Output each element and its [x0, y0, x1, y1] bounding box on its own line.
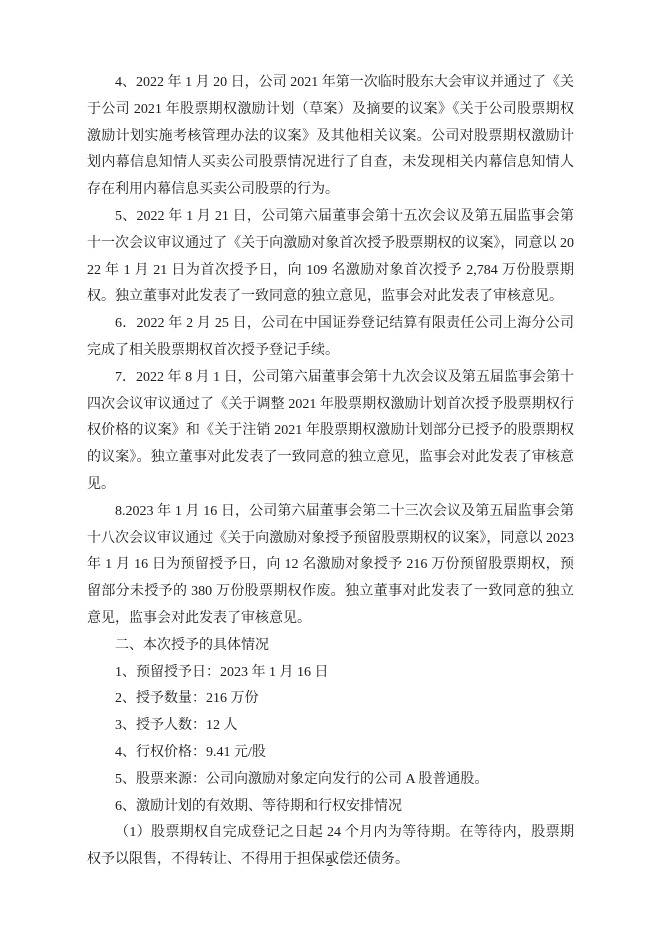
paragraph-history-item-5: 5、2022 年 1 月 21 日，公司第六届董事会第十五次会议及第五届监事会第… — [87, 204, 574, 311]
list-item-grant-headcount: 3、授予人数：12 人 — [87, 713, 574, 740]
paragraph-history-item-4: 4、2022 年 1 月 20 日，公司 2021 年第一次临时股东大会审议并通… — [87, 70, 574, 204]
paragraph-history-item-6: 6．2022 年 2 月 25 日，公司在中国证券登记结算有限责任公司上海分公司… — [87, 311, 574, 365]
list-item-exercise-price: 4、行权价格：9.41 元/股 — [87, 740, 574, 767]
list-item-plan-period-heading: 6、激励计划的有效期、等待期和行权安排情况 — [87, 794, 574, 821]
document-body: 4、2022 年 1 月 20 日，公司 2021 年第一次临时股东大会审议并通… — [87, 70, 574, 874]
list-item-grant-date: 1、预留授予日：2023 年 1 月 16 日 — [87, 660, 574, 687]
section-heading-grant-details: 二、本次授予的具体情况 — [87, 633, 574, 660]
paragraph-history-item-8: 8.2023 年 1 月 16 日，公司第六届董事会第二十三次会议及第五届监事会… — [87, 499, 574, 633]
document-page: 4、2022 年 1 月 20 日，公司 2021 年第一次临时股东大会审议并通… — [0, 0, 660, 933]
page-number: 2 — [0, 855, 660, 870]
list-item-grant-quantity: 2、授予数量：216 万份 — [87, 686, 574, 713]
paragraph-history-item-7: 7．2022 年 8 月 1 日，公司第六届董事会第十九次会议及第五届监事会第十… — [87, 365, 574, 499]
list-item-stock-source: 5、股票来源：公司向激励对象定向发行的公司 A 股普通股。 — [87, 767, 574, 794]
